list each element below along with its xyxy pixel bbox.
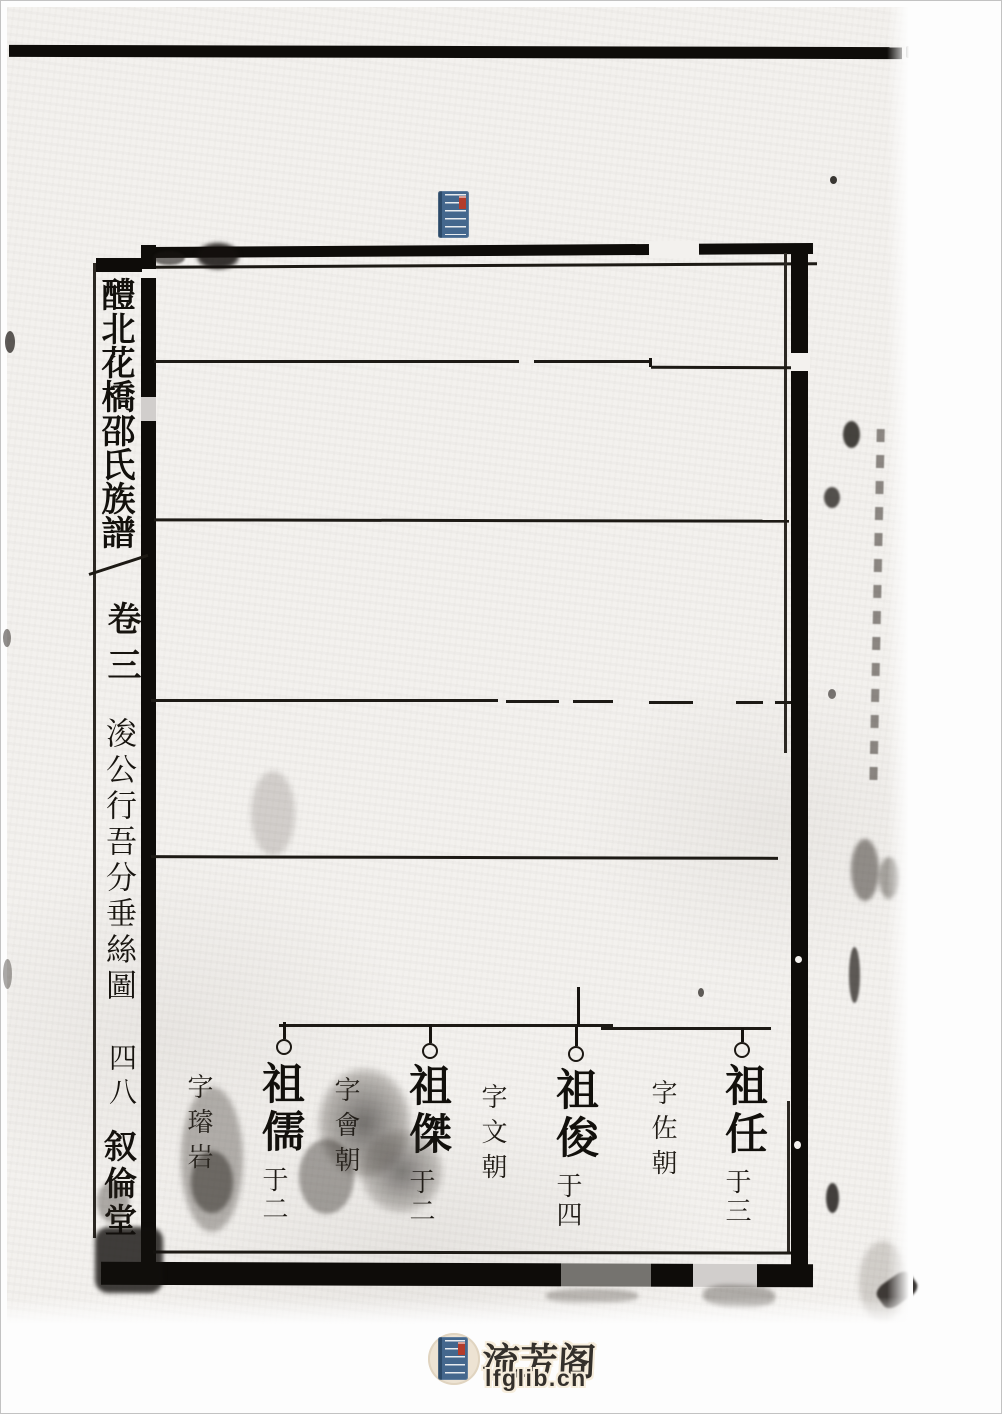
entry-name: 祖俊: [549, 1067, 599, 1163]
entry-birth-order: 于三: [721, 1168, 751, 1226]
ink-smudge: [359, 1129, 444, 1214]
frame-right: [791, 247, 808, 1285]
entry-name-column: 祖任于三: [721, 1063, 764, 1217]
frame-right-notch: [794, 1141, 801, 1149]
connector-circle: [568, 1046, 584, 1062]
stain: [824, 487, 840, 508]
entry-courtesy: 字文朝: [479, 1083, 505, 1188]
connector-circle: [276, 1039, 292, 1055]
rule-line-1: [534, 360, 651, 363]
rule-line-3-dash: [649, 701, 693, 704]
stain: [3, 629, 11, 647]
scan-edge-fade: [7, 1297, 908, 1331]
book-icon: [438, 191, 469, 238]
rule-line-3-dash: [506, 700, 559, 703]
frame-right-notch: [795, 956, 802, 963]
bracket-line: [601, 1027, 771, 1030]
watermark-site-url: lfglib.cn: [485, 1365, 587, 1392]
entry-birth-order: 于四: [552, 1172, 582, 1230]
stain: [95, 1227, 163, 1293]
scan-top-bar: [9, 45, 902, 59]
stain: [826, 1183, 839, 1213]
watermark-badge: [428, 1333, 480, 1385]
stain: [849, 947, 860, 1003]
entry-name-column: 祖儒于二: [258, 1061, 301, 1215]
frame-left-notch: [140, 397, 157, 421]
book-red-label: [459, 196, 466, 209]
rule-line-1: [154, 360, 519, 363]
rule-line-3-dash: [573, 700, 613, 703]
rule-line-3-dash: [775, 701, 791, 704]
frame-right-notch: [789, 353, 810, 371]
volume-label: 卷三: [104, 601, 138, 693]
entry-name: 祖任: [718, 1063, 768, 1159]
section-title: 浚公行吾分垂絲圖: [102, 717, 133, 1005]
entry-courtesy: 字佐朝: [649, 1079, 675, 1184]
stain: [843, 421, 860, 448]
scanned-genealogy-page: 祖任于三 字佐朝 祖俊于四 字文朝 祖傑于二 字會朝 祖儒于二 字璿岩 醴北花橋…: [0, 0, 1002, 1414]
bracket-line: [279, 1024, 613, 1027]
frame-top-gap: [649, 241, 699, 258]
stain: [153, 251, 185, 265]
entry-name: 祖儒: [255, 1061, 305, 1157]
stain: [830, 176, 837, 184]
rule-line-3-dash: [736, 701, 763, 704]
connector-tick: [575, 1027, 578, 1046]
stain: [97, 1181, 129, 1223]
book-red-label: [458, 1342, 465, 1355]
entry-name-column: 祖俊于四: [552, 1067, 595, 1221]
connector-tick: [283, 1022, 286, 1039]
connector-tick: [741, 1028, 744, 1042]
stain: [197, 243, 239, 269]
frame-right-inner: [787, 1101, 790, 1253]
spine-title: 醴北花橋邵氏族譜: [98, 277, 132, 549]
ink-smudge: [299, 1139, 354, 1214]
spine-top-cap: [96, 258, 142, 272]
stain: [3, 959, 12, 989]
connector-circle: [734, 1042, 750, 1058]
parent-connector: [577, 987, 580, 1027]
entry-birth-order: 于二: [258, 1166, 288, 1224]
frame-right-inner: [784, 253, 787, 753]
stain: [698, 988, 704, 997]
book-icon: [438, 1337, 468, 1380]
stain: [851, 839, 879, 901]
ink-smudge: [191, 1151, 233, 1213]
page-number: 四八: [107, 1043, 135, 1111]
scan-edge-fade: [887, 7, 913, 1325]
rule-line-3: [151, 699, 498, 702]
frame-left-notch: [140, 269, 157, 278]
stain: [251, 771, 295, 856]
frame-bottom-worn: [561, 1263, 651, 1287]
stain: [5, 331, 15, 353]
connector-tick: [429, 1024, 432, 1043]
stain: [828, 689, 836, 699]
rule-line-1: [651, 366, 791, 369]
connector-circle: [422, 1043, 438, 1059]
